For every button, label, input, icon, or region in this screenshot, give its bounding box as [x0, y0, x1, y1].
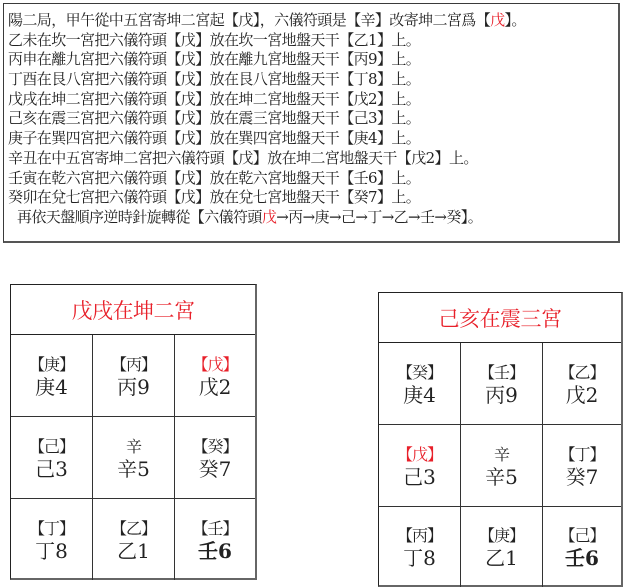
grid-cells: 【癸】庚4【壬】丙9【乙】戊2【戊】己3辛辛5【丁】癸7【丙】丁8【庚】乙1【己…	[379, 343, 621, 587]
text-segment: 己亥在震三宮把六儀符頭【戊】放在震三宮地盤天干【己3】上。	[8, 109, 420, 127]
palace-cell: 【癸】癸7	[175, 417, 255, 499]
text-line: 己亥在震三宮把六儀符頭【戊】放在震三宮地盤天干【己3】上。	[8, 109, 618, 129]
heaven-plate-stem: 【丁】	[29, 518, 74, 540]
earth-plate-stem: 丁8	[35, 540, 68, 562]
heaven-plate-stem: 【庚】	[479, 525, 524, 547]
earth-plate-stem: 癸7	[566, 466, 599, 488]
text-line: 辛丑在中五宮寄坤二宮把六儀符頭【戊】放在坤二宮地盤天干【戊2】上。	[8, 149, 618, 169]
text-segment: 丁酉在艮八宮把六儀符頭【戊】放在艮八宮地盤天干【丁8】上。	[8, 70, 420, 88]
heaven-plate-stem: 辛	[126, 436, 141, 458]
earth-plate-stem: 壬6	[198, 540, 232, 562]
earth-plate-stem: 丁8	[403, 547, 436, 569]
text-segment: 壬寅在乾六宮把六儀符頭【戊】放在乾六宮地盤天干【壬6】上。	[8, 169, 420, 187]
heaven-plate-stem: 【己】	[559, 525, 604, 547]
text-segment: 乙未在坎一宮把六儀符頭【戊】放在坎一宮地盤天干【乙1】上。	[8, 31, 420, 49]
palace-cell: 辛辛5	[93, 417, 175, 499]
text-segment: 丙申在離九宮把六儀符頭【戊】放在離九宮地盤天干【丙9】上。	[8, 50, 420, 68]
heaven-plate-stem: 【庚】	[29, 354, 74, 376]
palace-cell: 【壬】丙9	[461, 343, 543, 425]
palace-grid-zhen3: 己亥在震三宮 【癸】庚4【壬】丙9【乙】戊2【戊】己3辛辛5【丁】癸7【丙】丁8…	[378, 292, 623, 587]
earth-plate-stem: 丙9	[485, 384, 518, 406]
earth-plate-stem: 辛5	[117, 458, 150, 480]
earth-plate-stem: 庚4	[403, 384, 436, 406]
earth-plate-stem: 己3	[35, 458, 68, 480]
earth-plate-stem: 己3	[403, 466, 436, 488]
heaven-plate-stem: 【癸】	[192, 436, 237, 458]
palace-cell: 【壬】壬6	[175, 499, 255, 580]
heaven-plate-stem: 【乙】	[111, 518, 156, 540]
heaven-plate-stem: 【己】	[29, 436, 74, 458]
grid-cells: 【庚】庚4【丙】丙9【戊】戊2【己】己3辛辛5【癸】癸7【丁】丁8【乙】乙1【壬…	[11, 335, 255, 580]
grid-title: 戊戌在坤二宮	[11, 285, 255, 335]
heaven-plate-stem: 辛	[494, 444, 509, 466]
heaven-plate-stem: 【壬】	[192, 518, 237, 540]
earth-plate-stem: 乙1	[485, 547, 518, 569]
heaven-plate-stem: 【丙】	[397, 525, 442, 547]
heaven-plate-stem: 【乙】	[559, 362, 604, 384]
earth-plate-stem: 丙9	[117, 376, 150, 398]
text-segment: 辛丑在中五宮寄坤二宮把六儀符頭【戊】放在坤二宮地盤天干【戊2】上。	[8, 149, 478, 167]
palace-cell: 【己】壬6	[543, 507, 621, 587]
heaven-plate-stem: 【戊】	[397, 444, 442, 466]
palace-cell: 【己】己3	[11, 417, 93, 499]
palace-grid-kun2: 戊戌在坤二宮 【庚】庚4【丙】丙9【戊】戊2【己】己3辛辛5【癸】癸7【丁】丁8…	[10, 284, 257, 580]
explanation-text-box: 陽二局，甲午從中五宮寄坤二宮起【戊】，六儀符頭是【辛】改寄坤二宮爲【戊】。乙未在…	[3, 3, 620, 243]
text-line: 再依天盤順序逆時針旋轉從【六儀符頭戊→丙→庚→己→丁→乙→壬→癸】。	[8, 208, 618, 228]
text-segment: 陽二局，甲午從中五宮寄坤二宮起【戊】，六儀符頭是【辛】改寄坤二宮爲【	[8, 11, 490, 29]
heaven-plate-stem: 【癸】	[397, 362, 442, 384]
palace-cell: 【庚】乙1	[461, 507, 543, 587]
palace-cell: 【乙】乙1	[93, 499, 175, 580]
palace-cell: 【癸】庚4	[379, 343, 461, 425]
highlighted-stem: 戊	[490, 11, 504, 29]
text-segment: →丙→庚→己→丁→乙→壬→癸】。	[276, 208, 482, 226]
text-line: 癸卯在兌七宮把六儀符頭【戊】放在兌七宮地盤天干【癸7】上。	[8, 188, 618, 208]
palace-cell: 【戊】戊2	[175, 335, 255, 417]
palace-cell: 【丁】癸7	[543, 425, 621, 507]
palace-cell: 【戊】己3	[379, 425, 461, 507]
text-segment: 庚子在巽四宮把六儀符頭【戊】放在巽四宮地盤天干【庚4】上。	[8, 129, 420, 147]
earth-plate-stem: 辛5	[485, 466, 518, 488]
earth-plate-stem: 壬6	[565, 547, 599, 569]
text-line: 乙未在坎一宮把六儀符頭【戊】放在坎一宮地盤天干【乙1】上。	[8, 31, 618, 51]
earth-plate-stem: 庚4	[35, 376, 68, 398]
text-line: 陽二局，甲午從中五宮寄坤二宮起【戊】，六儀符頭是【辛】改寄坤二宮爲【戊】。	[8, 11, 618, 31]
palace-cell: 辛辛5	[461, 425, 543, 507]
earth-plate-stem: 戊2	[566, 384, 599, 406]
text-segment: 】。	[505, 11, 526, 29]
heaven-plate-stem: 【戊】	[192, 354, 237, 376]
earth-plate-stem: 戊2	[199, 376, 232, 398]
text-line: 戊戌在坤二宮把六儀符頭【戊】放在坤二宮地盤天干【戊2】上。	[8, 90, 618, 110]
heaven-plate-stem: 【壬】	[479, 362, 524, 384]
palace-cell: 【庚】庚4	[11, 335, 93, 417]
text-segment: 戊戌在坤二宮把六儀符頭【戊】放在坤二宮地盤天干【戊2】上。	[8, 90, 420, 108]
text-line: 壬寅在乾六宮把六儀符頭【戊】放在乾六宮地盤天干【壬6】上。	[8, 169, 618, 189]
text-segment: 再依天盤順序逆時針旋轉從【六儀符頭	[17, 208, 262, 226]
text-line: 庚子在巽四宮把六儀符頭【戊】放在巽四宮地盤天干【庚4】上。	[8, 129, 618, 149]
palace-cell: 【丙】丁8	[379, 507, 461, 587]
heaven-plate-stem: 【丁】	[559, 444, 604, 466]
highlighted-stem: 戊	[262, 208, 276, 226]
palace-cell: 【丙】丙9	[93, 335, 175, 417]
palace-cell: 【乙】戊2	[543, 343, 621, 425]
earth-plate-stem: 癸7	[199, 458, 232, 480]
text-segment: 癸卯在兌七宮把六儀符頭【戊】放在兌七宮地盤天干【癸7】上。	[8, 188, 420, 206]
palace-cell: 【丁】丁8	[11, 499, 93, 580]
earth-plate-stem: 乙1	[117, 540, 150, 562]
text-line: 丁酉在艮八宮把六儀符頭【戊】放在艮八宮地盤天干【丁8】上。	[8, 70, 618, 90]
grid-title: 己亥在震三宮	[379, 293, 621, 343]
heaven-plate-stem: 【丙】	[111, 354, 156, 376]
text-line: 丙申在離九宮把六儀符頭【戊】放在離九宮地盤天干【丙9】上。	[8, 50, 618, 70]
